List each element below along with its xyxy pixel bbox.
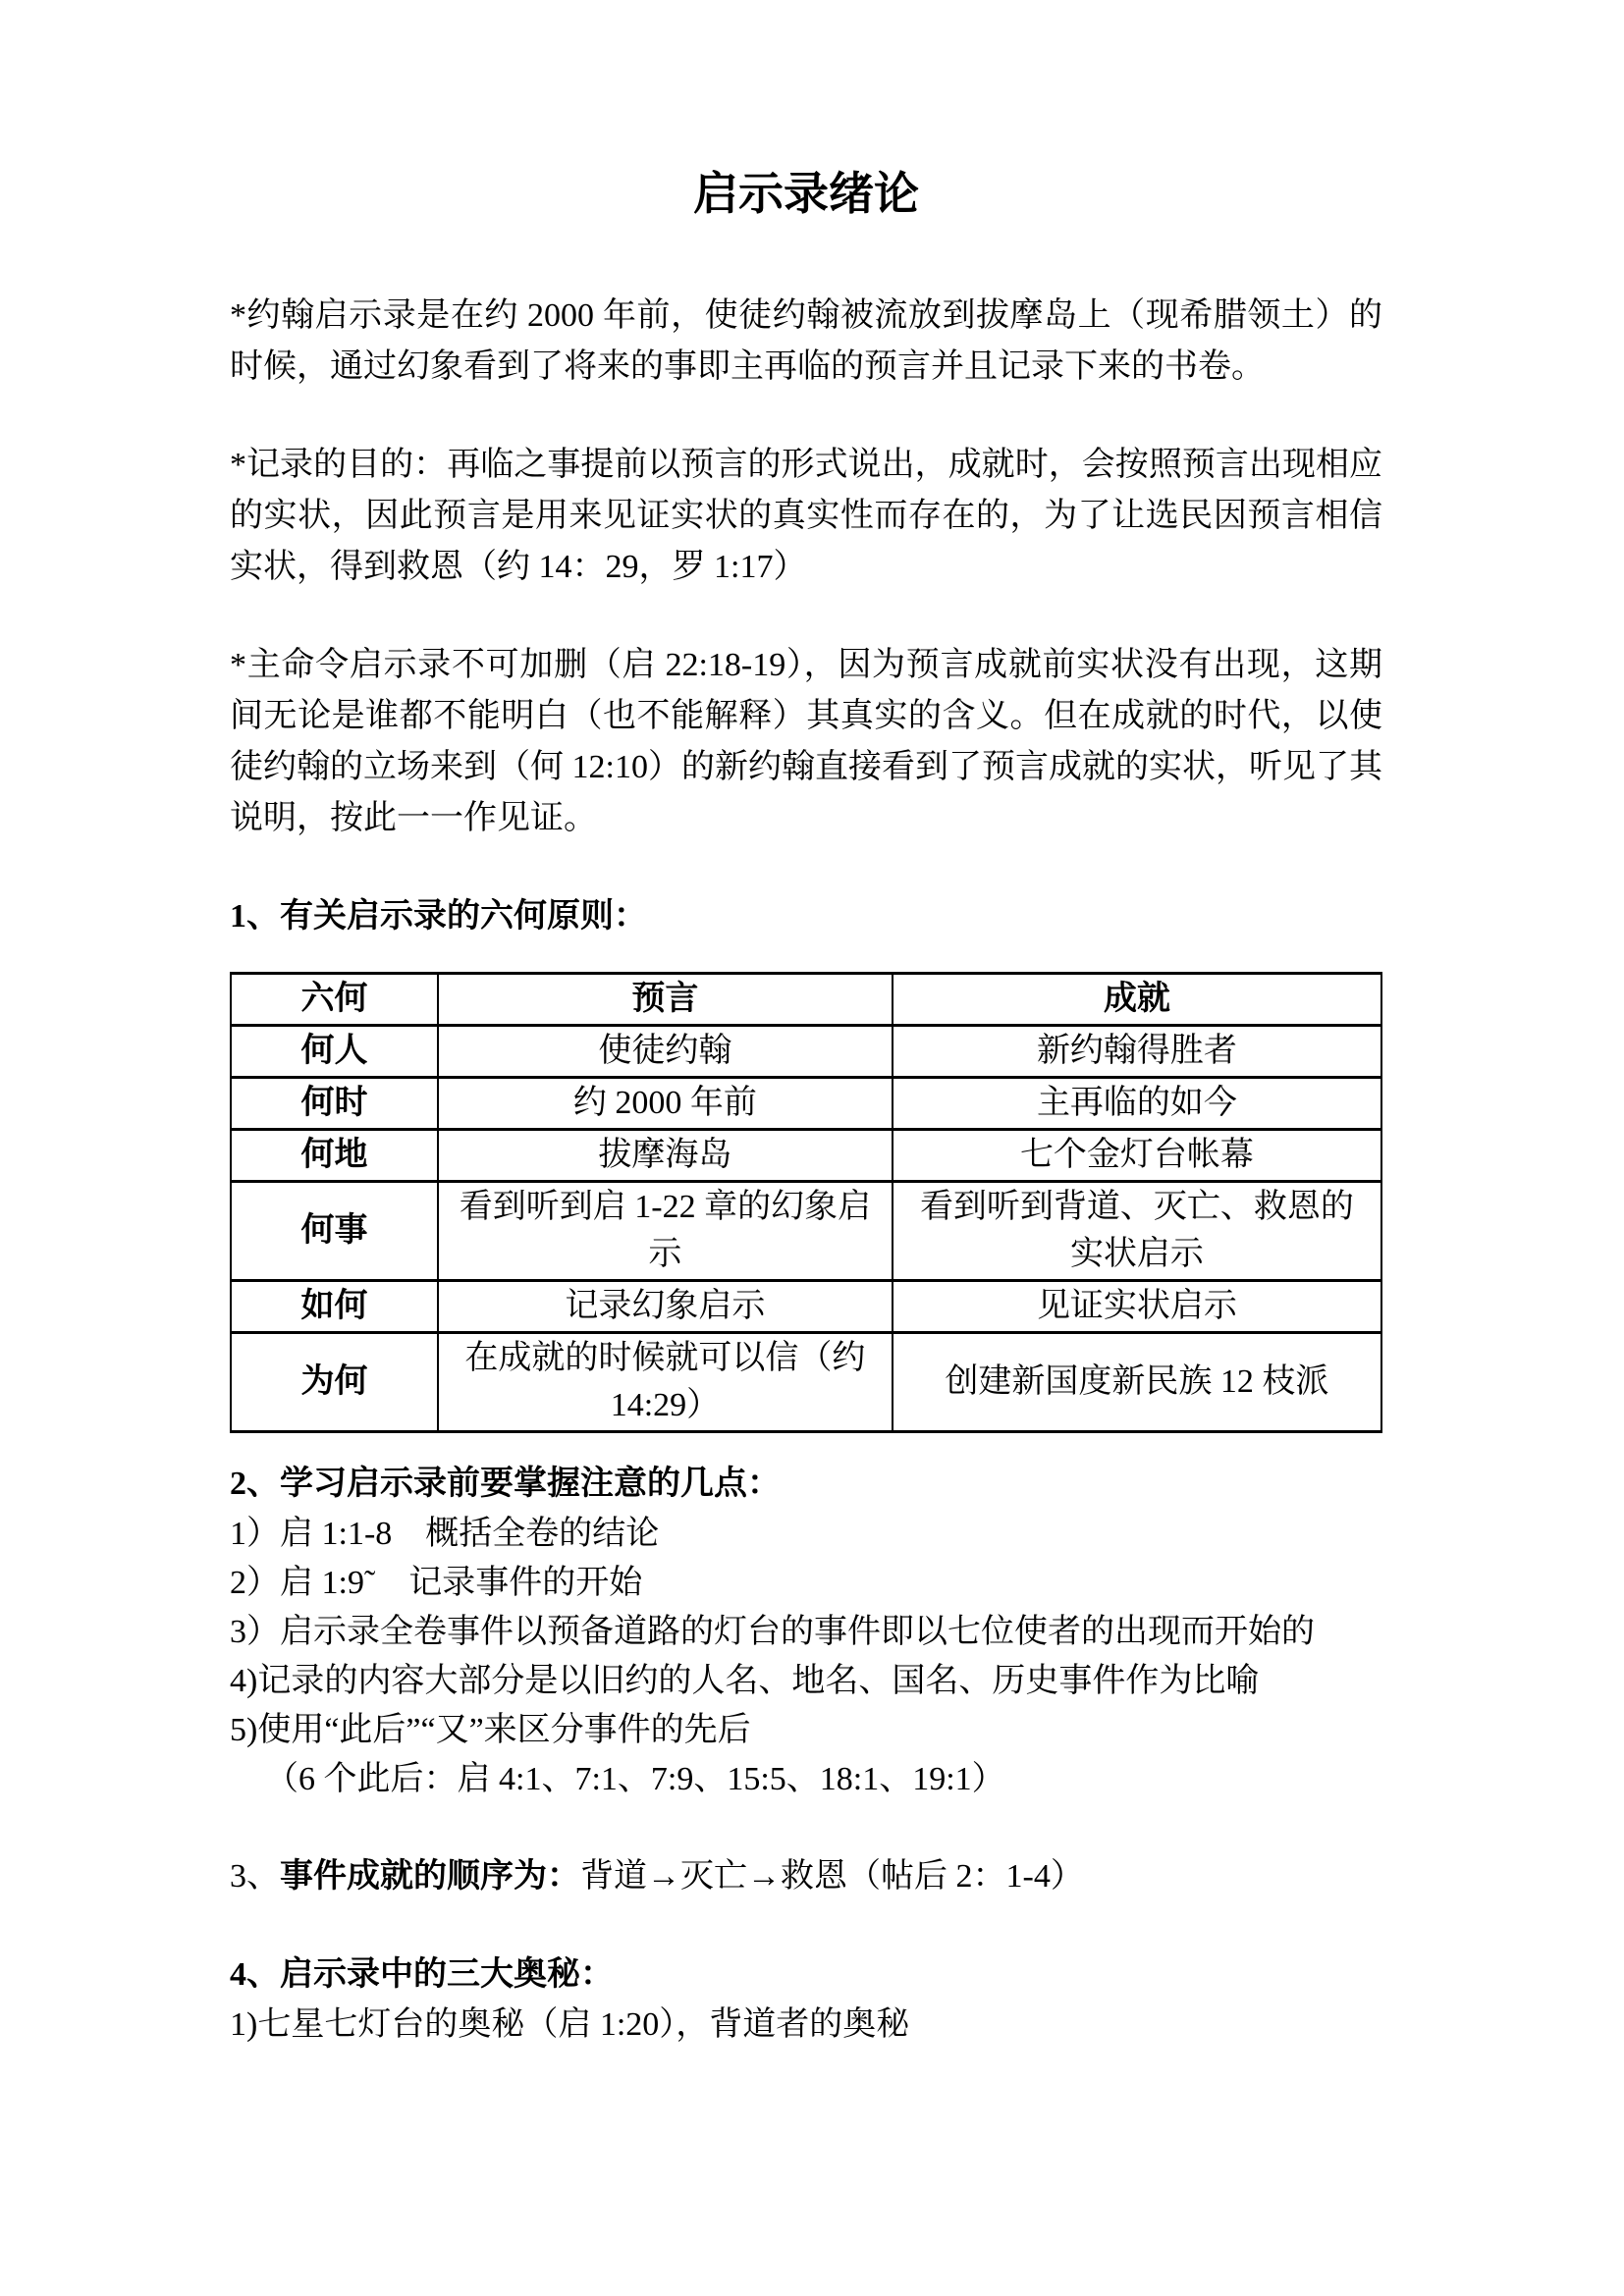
- section4-heading: 4、启示录中的三大奥秘：: [230, 1949, 1382, 2001]
- section2-item-1: 1）启 1:1-8 概括全卷的结论: [230, 1510, 1382, 1559]
- section4-item-1: 1)七星七灯台的奥秘（启 1:20），背道者的奥秘: [230, 2001, 1382, 2050]
- section2-item-5-note: （6 个此后：启 4:1、7:1、7:9、15:5、18:1、19:1）: [230, 1755, 1382, 1804]
- table-row: 何事 看到听到启 1-22 章的幻象启示 看到听到背道、灭亡、救恩的实状启示: [231, 1182, 1381, 1281]
- table-cell: 看到听到启 1-22 章的幻象启示: [438, 1182, 893, 1281]
- table-header-prophecy: 预言: [438, 974, 893, 1026]
- table-cell: 拔摩海岛: [438, 1130, 893, 1182]
- table-row: 何时 约 2000 年前 主再临的如今: [231, 1078, 1381, 1130]
- table-header-liuhe: 六何: [231, 974, 438, 1026]
- section3-heading: 事件成就的顺序为：: [280, 1858, 580, 1895]
- table-cell: 创建新国度新民族 12 枝派: [893, 1333, 1381, 1432]
- table-cell-what: 何事: [231, 1182, 438, 1281]
- table-cell-why: 为何: [231, 1333, 438, 1432]
- table-cell-who: 何人: [231, 1026, 438, 1078]
- table-cell: 七个金灯台帐幕: [893, 1130, 1381, 1182]
- section2-item-5: 5)使用“此后”“又”来区分事件的先后: [230, 1706, 1382, 1755]
- section2-item-2: 2）启 1:9˜ 记录事件的开始: [230, 1559, 1382, 1608]
- table-cell-where: 何地: [231, 1130, 438, 1182]
- table-cell: 新约翰得胜者: [893, 1026, 1381, 1078]
- intro-paragraph-3: *主命令启示录不可加删（启 22:18-19），因为预言成就前实状没有出现，这期…: [230, 640, 1382, 844]
- section3-text: 背道→灭亡→救恩（帖后 2：1-4）: [580, 1858, 1084, 1895]
- table-cell-when: 何时: [231, 1078, 438, 1130]
- intro-paragraph-2: *记录的目的：再临之事提前以预言的形式说出，成就时，会按照预言出现相应的实状，因…: [230, 440, 1382, 593]
- intro-paragraph-1: *约翰启示录是在约 2000 年前，使徒约翰被流放到拔摩岛上（现希腊领土）的时候…: [230, 291, 1382, 393]
- table-cell: 使徒约翰: [438, 1026, 893, 1078]
- section2-heading: 2、学习启示录前要掌握注意的几点：: [230, 1459, 1382, 1510]
- document-page: 启示录绪论 *约翰启示录是在约 2000 年前，使徒约翰被流放到拔摩岛上（现希腊…: [0, 0, 1624, 2296]
- section2-item-4: 4)记录的内容大部分是以旧约的人名、地名、国名、历史事件作为比喻: [230, 1657, 1382, 1706]
- table-header-row: 六何 预言 成就: [231, 974, 1381, 1026]
- table-row: 何人 使徒约翰 新约翰得胜者: [231, 1026, 1381, 1078]
- section3-number: 3、: [230, 1858, 280, 1895]
- table-cell: 主再临的如今: [893, 1078, 1381, 1130]
- six-questions-table: 六何 预言 成就 何人 使徒约翰 新约翰得胜者 何时 约 2000 年前 主再临…: [230, 972, 1382, 1433]
- table-cell: 见证实状启示: [893, 1281, 1381, 1333]
- table-row: 何地 拔摩海岛 七个金灯台帐幕: [231, 1130, 1381, 1182]
- table-cell: 约 2000 年前: [438, 1078, 893, 1130]
- page-title: 启示录绪论: [230, 169, 1382, 220]
- table-cell: 在成就的时候就可以信（约 14:29）: [438, 1333, 893, 1432]
- table-cell: 记录幻象启示: [438, 1281, 893, 1333]
- section3-line: 3、事件成就的顺序为：背道→灭亡→救恩（帖后 2：1-4）: [230, 1851, 1382, 1902]
- table-row: 为何 在成就的时候就可以信（约 14:29） 创建新国度新民族 12 枝派: [231, 1333, 1381, 1432]
- section2-item-3: 3）启示录全卷事件以预备道路的灯台的事件即以七位使者的出现而开始的: [230, 1608, 1382, 1657]
- table-row: 如何 记录幻象启示 见证实状启示: [231, 1281, 1381, 1333]
- table-cell-how: 如何: [231, 1281, 438, 1333]
- table-cell: 看到听到背道、灭亡、救恩的实状启示: [893, 1182, 1381, 1281]
- section1-heading: 1、有关启示录的六何原则：: [230, 891, 1382, 942]
- table-header-fulfillment: 成就: [893, 974, 1381, 1026]
